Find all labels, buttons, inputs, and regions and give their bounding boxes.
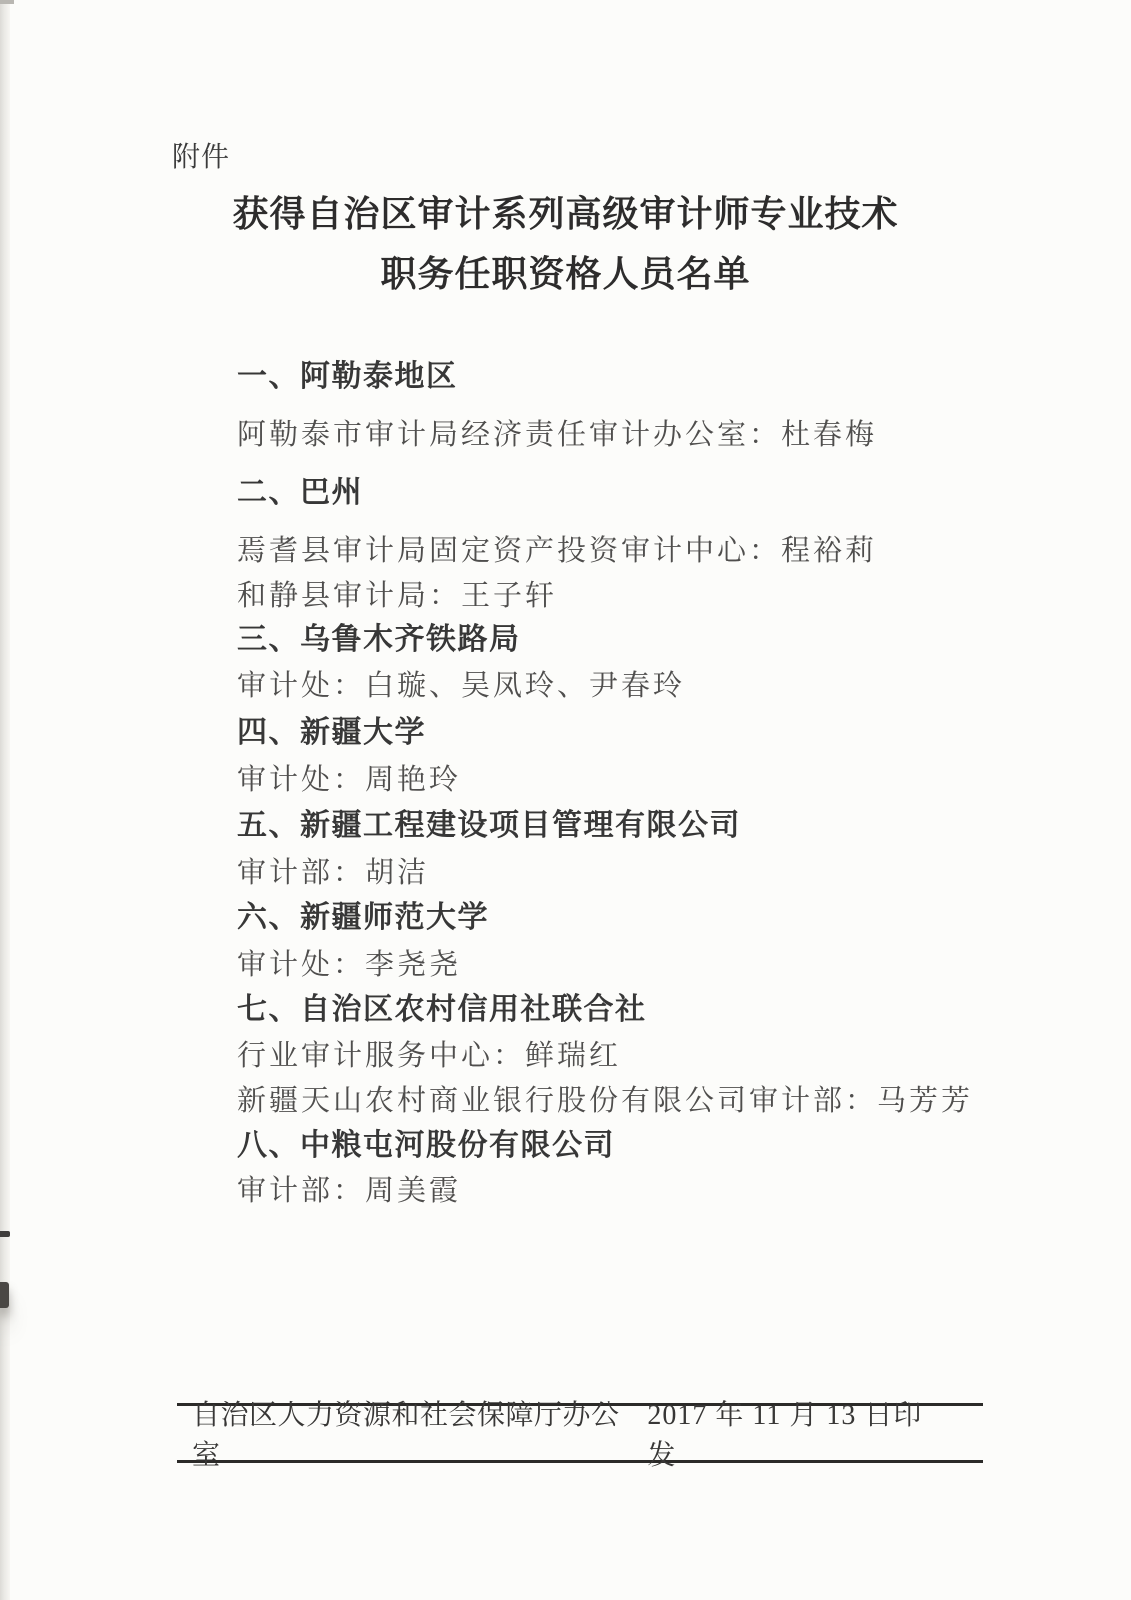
section-4-heading: 四、新疆大学	[237, 712, 426, 754]
section-1-entry-1: 阿勒泰市审计局经济责任审计办公室：杜春梅	[237, 414, 877, 456]
document-title-line1: 获得自治区审计系列高级审计师专业技术	[0, 191, 1131, 237]
section-3-entry-1: 审计处：白璇、吴凤玲、尹春玲	[237, 665, 685, 707]
section-3-heading: 三、乌鲁木齐铁路局	[237, 619, 521, 661]
section-4-entry-1: 审计处：周艳玲	[237, 759, 461, 801]
document-title-line2: 职务任职资格人员名单	[0, 251, 1131, 297]
section-6-entry-1: 审计处：李尧尧	[237, 944, 461, 986]
section-5-entry-1: 审计部：胡洁	[237, 852, 429, 894]
document-page: 附件 获得自治区审计系列高级审计师专业技术 职务任职资格人员名单 一、阿勒泰地区…	[0, 0, 1131, 1600]
section-8-heading: 八、中粮屯河股份有限公司	[237, 1125, 615, 1167]
section-6-heading: 六、新疆师范大学	[237, 897, 489, 939]
section-7-heading: 七、自治区农村信用社联合社	[237, 989, 647, 1031]
scan-edge-shadow	[0, 0, 10, 1600]
section-7-entry-2: 新疆天山农村商业银行股份有限公司审计部：马芳芳	[237, 1080, 973, 1122]
scan-artifact-blob	[0, 1282, 9, 1308]
footer-issuer: 自治区人力资源和社会保障厅办公室	[192, 1393, 647, 1473]
section-1-heading: 一、阿勒泰地区	[237, 356, 458, 398]
scan-artifact-dash	[0, 1231, 10, 1237]
section-5-heading: 五、新疆工程建设项目管理有限公司	[237, 805, 741, 847]
footer-colophon: 自治区人力资源和社会保障厅办公室 2017 年 11 月 13 日印发	[177, 1403, 983, 1463]
attachment-label: 附件	[172, 139, 230, 175]
section-8-entry-1: 审计部：周美霞	[237, 1170, 461, 1212]
footer-print-date: 2017 年 11 月 13 日印发	[647, 1393, 951, 1473]
section-2-entry-2: 和静县审计局：王子轩	[237, 575, 557, 617]
section-7-entry-1: 行业审计服务中心：鲜瑞红	[237, 1035, 621, 1077]
scan-edge-top-mark	[0, 0, 14, 4]
section-2-entry-1: 焉耆县审计局固定资产投资审计中心：程裕莉	[237, 530, 877, 572]
section-2-heading: 二、巴州	[237, 472, 363, 514]
